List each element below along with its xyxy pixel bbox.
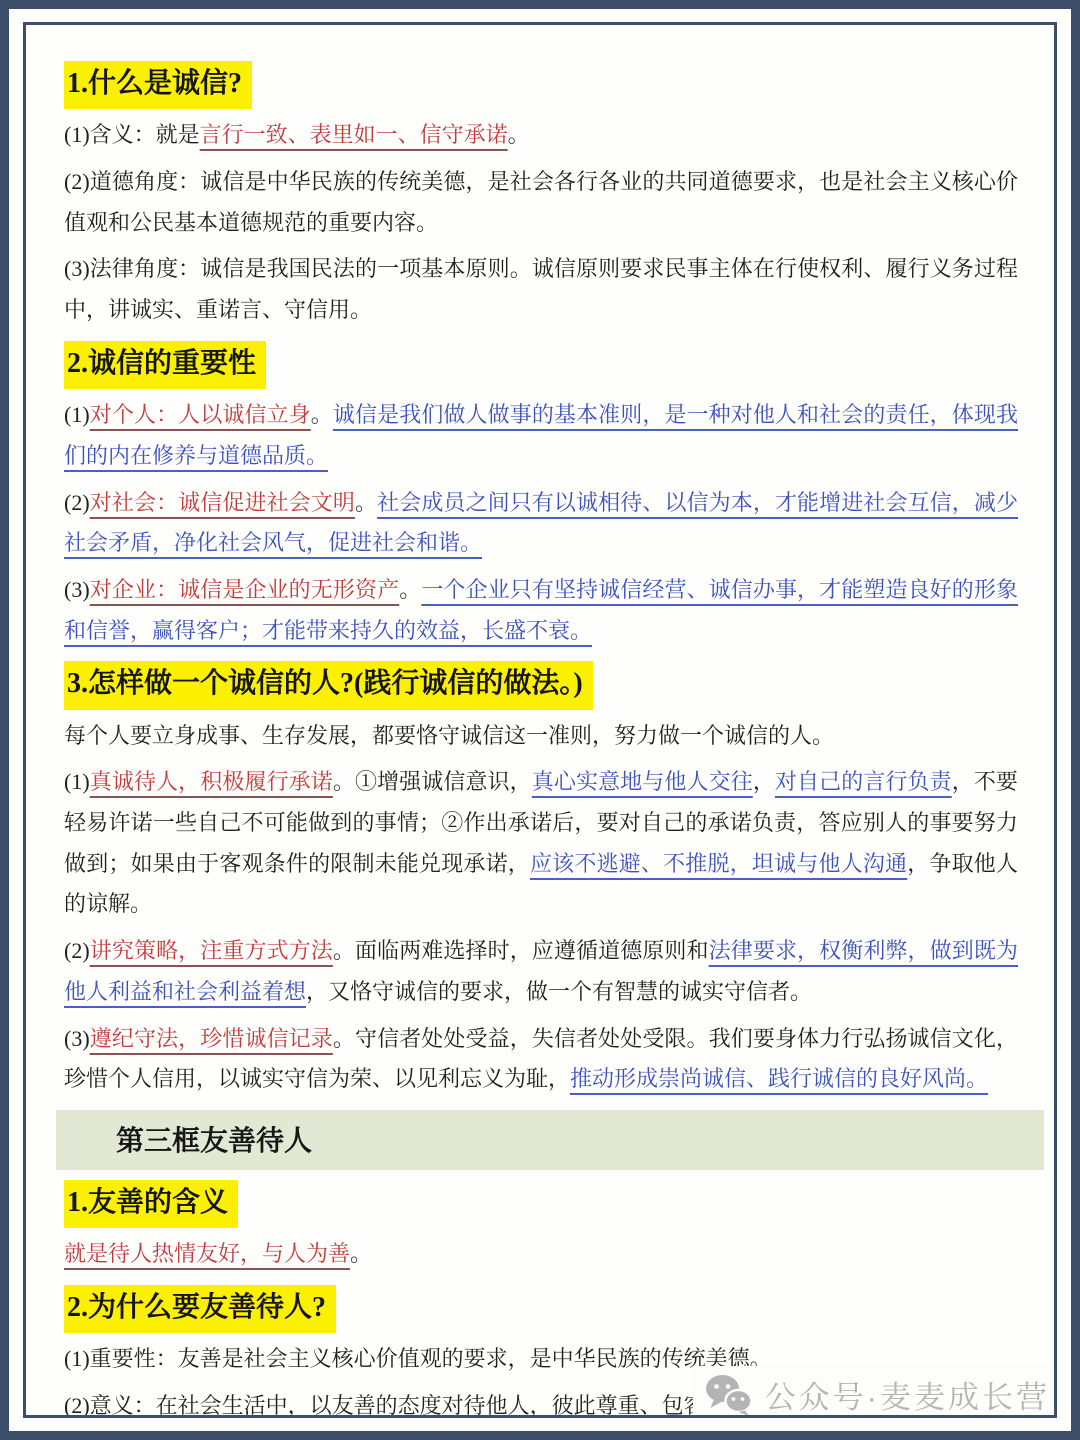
text-run-k: ，又恪守诚信的要求，做一个有智慧的诚实守信者。 (306, 979, 812, 1004)
document-body: 1.什么是诚信?(1)含义：就是言行一致、表里如一、信守承诺。(2)道德角度：诚… (64, 61, 1018, 1418)
paragraph: (3)遵纪守法，珍惜诚信记录。守信者处处受益，失信者处处受限。我们要身体力行弘扬… (64, 1019, 1018, 1100)
text-run-k: 。 (355, 490, 377, 515)
text-run-b: 推动形成崇尚诚信、践行诚信的良好风尚。 (570, 1066, 988, 1091)
heading-highlight: 2.诚信的重要性 (64, 341, 266, 389)
paragraph: (1)真诚待人，积极履行承诺。①增强诚信意识，真心实意地与他人交往，对自己的言行… (64, 762, 1018, 925)
paragraph: (1)含义：就是言行一致、表里如一、信守承诺。 (64, 115, 1018, 156)
text-run-k: (2) (64, 938, 90, 963)
paragraph: (2)讲究策略，注重方式方法。面临两难选择时，应遵循道德原则和法律要求，权衡利弊… (64, 931, 1018, 1012)
text-run-r: 遵纪守法，珍惜诚信记录 (90, 1026, 333, 1051)
text-run-k: 。面临两难选择时，应遵循道德原则和 (333, 938, 709, 963)
text-run-k: 每个人要立身成事、生存发展，都要恪守诚信这一准则，努力做一个诚信的人。 (64, 723, 834, 748)
text-run-r: 讲究策略，注重方式方法 (90, 938, 333, 963)
text-run-k: (1) (64, 402, 90, 427)
sub-lesson-banner: 第三框友善待人 (56, 1110, 1044, 1170)
text-run-k: (1)含义：就是 (64, 122, 200, 147)
section-heading: 3.怎样做一个诚信的人?(践行诚信的做法。) (64, 661, 1018, 709)
heading-highlight: 2.为什么要友善待人? (64, 1285, 336, 1333)
paragraph: (1)对个人：人以诚信立身。诚信是我们做人做事的基本准则，是一种对他人和社会的责… (64, 395, 1018, 476)
document-page: 1.什么是诚信?(1)含义：就是言行一致、表里如一、信守承诺。(2)道德角度：诚… (0, 0, 1080, 1440)
text-run-k: (1) (64, 769, 90, 794)
text-run-k: 。 (350, 1241, 372, 1266)
text-run-k: 。①增强诚信意识， (333, 769, 532, 794)
text-run-k: (2) (64, 490, 90, 515)
text-run-k: (3) (64, 577, 90, 602)
text-run-k: (2)道德角度：诚信是中华民族的传统美德，是社会各行各业的共同道德要求，也是社会… (64, 169, 1018, 235)
text-run-r: 真诚待人，积极履行承诺 (90, 769, 333, 794)
heading-highlight: 3.怎样做一个诚信的人?(践行诚信的做法。) (64, 661, 593, 709)
page-inner-frame: 1.什么是诚信?(1)含义：就是言行一致、表里如一、信守承诺。(2)道德角度：诚… (23, 22, 1057, 1418)
watermark-label: 公众号·麦麦成长营 (765, 1372, 1050, 1417)
text-run-r: 对个人：人以诚信立身 (90, 402, 311, 427)
watermark: 公众号·麦麦成长营 (693, 1366, 1057, 1418)
text-run-r: 就是待人热情友好，与人为善 (64, 1241, 350, 1266)
paragraph: (2)道德角度：诚信是中华民族的传统美德，是社会各行各业的共同道德要求，也是社会… (64, 162, 1018, 243)
paragraph: 每个人要立身成事、生存发展，都要恪守诚信这一准则，努力做一个诚信的人。 (64, 716, 1018, 757)
text-run-b: 应该不逃避、不推脱，坦诚与他人沟通 (530, 851, 907, 876)
heading-highlight: 1.什么是诚信? (64, 61, 252, 109)
text-run-k: ， (753, 769, 775, 794)
section-heading: 1.什么是诚信? (64, 61, 1018, 109)
section-heading: 2.为什么要友善待人? (64, 1285, 1018, 1333)
text-run-k: 。 (508, 122, 530, 147)
text-run-k: (3)法律角度：诚信是我国民法的一项基本原则。诚信原则要求民事主体在行使权利、履… (64, 256, 1018, 322)
text-run-k: 。 (311, 402, 333, 427)
section-heading: 2.诚信的重要性 (64, 341, 1018, 389)
text-run-k: 。 (399, 577, 421, 602)
wechat-icon (705, 1374, 753, 1416)
paragraph: (3)法律角度：诚信是我国民法的一项基本原则。诚信原则要求民事主体在行使权利、履… (64, 249, 1018, 330)
paragraph: 就是待人热情友好，与人为善。 (64, 1234, 1018, 1275)
text-run-r: 对社会：诚信促进社会文明 (90, 490, 355, 515)
paragraph: (2)对社会：诚信促进社会文明。社会成员之间只有以诚相待、以信为本，才能增进社会… (64, 483, 1018, 564)
text-run-r: 言行一致、表里如一、信守承诺 (200, 122, 508, 147)
text-run-r: 对企业：诚信是企业的无形资产 (90, 577, 400, 602)
text-run-k: (1)重要性：友善是社会主义核心价值观的要求，是中华民族的传统美德。 (64, 1346, 772, 1371)
text-run-b: 真心实意地与他人交往 (532, 769, 753, 794)
text-run-k: (3) (64, 1026, 90, 1051)
text-run-b: 对自己的言行负责 (775, 769, 952, 794)
paragraph: (3)对企业：诚信是企业的无形资产。一个企业只有坚持诚信经营、诚信办事，才能塑造… (64, 570, 1018, 651)
heading-highlight: 1.友善的含义 (64, 1180, 238, 1228)
section-heading: 1.友善的含义 (64, 1180, 1018, 1228)
